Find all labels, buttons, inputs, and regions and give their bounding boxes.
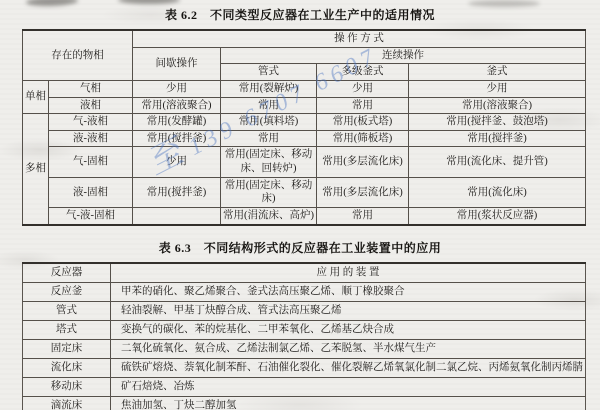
table-6-2-title: 表 6.2 不同类型反应器在工业生产中的适用情况 [0,6,600,23]
table-6-3-header: 反应器 应 用 的 装 置 [23,263,586,283]
table-row: 液相常用(溶液聚合)常用常用常用(溶液聚合) [23,97,586,114]
table-cell: 液-固相 [49,177,133,207]
col-header-batch: 间歇操作 [133,47,221,80]
table-cell: 常用(多层流化床) [317,177,409,207]
table-cell: 移动床 [23,377,111,396]
table-row: 气-液-固相常用(涓流床、高炉)常用常用(浆状反应器) [23,208,586,225]
table-cell: 轻油裂解、甲基丁炔醇合成、管式法高压聚乙烯 [111,301,586,320]
table-cell: 常用(搅拌釜、鼓泡塔) [409,114,586,131]
table-row: 多相气-液相常用(发酵罐)常用(填料塔)常用(板式塔)常用(搅拌釜、鼓泡塔) [23,114,586,131]
table-cell: 气-液-固相 [49,208,133,225]
table-cell: 焦油加氢、丁炔二醇加氢 [111,396,586,410]
table-row: 气-固相少用常用(固定床、移动床、回转炉)常用(多层流化床)常用(流化床、提升管… [23,147,586,177]
table-cell: 常用(裂解炉) [221,80,317,97]
table-cell: 二氧化硫氧化、氨合成、乙烯法制氯乙烯、乙苯脱氢、半水煤气生产 [111,339,586,358]
table-cell: 少用 [317,80,409,97]
table-6-2: 存在的物相 操 作 方 式 间歇操作 连续操作 管式 多级釜式 釜式 单相气相少… [22,29,586,226]
table-cell: 少用 [133,147,221,177]
table-row: 滴流床焦油加氢、丁炔二醇加氢 [23,396,586,410]
table-cell [133,208,221,225]
table-cell: 变换气的碳化、苯的烷基化、二甲苯氧化、乙烯基乙炔合成 [111,320,586,339]
table-row: 液-液相常用(搅拌釜)常用常用(筛板塔)常用(搅拌釜) [23,130,586,147]
table-cell: 液相 [49,97,133,114]
table-cell: 常用(流化床) [409,177,586,207]
table-cell: 塔式 [23,320,111,339]
table-cell: 流化床 [23,358,111,377]
col-header-operation: 操 作 方 式 [133,30,586,47]
table-row: 单相气相少用常用(裂解炉)少用少用 [23,80,586,97]
table-cell: 硫铁矿熔烧、萘氧化制苯酐、石油催化裂化、催化裂解乙烯氧氯化制二氯乙烷、丙烯氨氧化… [111,358,586,377]
table-cell: 常用(板式塔) [317,114,409,131]
table-cell: 反应釜 [23,282,111,301]
table-cell: 常用(固定床、移动床) [221,177,317,207]
table-6-2-header: 存在的物相 操 作 方 式 间歇操作 连续操作 管式 多级釜式 釜式 [23,30,586,80]
col-header-apps: 应 用 的 装 置 [111,263,586,283]
table-cell: 气-液相 [49,114,133,131]
table-row: 反应釜甲苯的硝化、聚乙烯聚合、釜式法高压聚乙烯、顺丁橡胶聚合 [23,282,586,301]
col-header-tube: 管式 [221,64,317,81]
table-cell: 常用 [317,208,409,225]
table-cell: 常用(填料塔) [221,114,317,131]
table-row: 流化床硫铁矿熔烧、萘氧化制苯酐、石油催化裂化、催化裂解乙烯氧氯化制二氯乙烷、丙烯… [23,358,586,377]
table-cell: 常用(流化床、提升管) [409,147,586,177]
table-cell: 固定床 [23,339,111,358]
table-cell: 单相 [23,80,49,113]
table-cell: 常用 [221,130,317,147]
table-row: 管式轻油裂解、甲基丁炔醇合成、管式法高压聚乙烯 [23,301,586,320]
table-cell: 常用(多层流化床) [317,147,409,177]
table-cell: 常用(溶液聚合) [409,97,586,114]
table-cell: 矿石焙烧、冶炼 [111,377,586,396]
table-cell: 常用(搅拌釜) [409,130,586,147]
table-cell: 常用(固定床、移动床、回转炉) [221,147,317,177]
table-6-3-title: 表 6.3 不同结构形式的反应器在工业装置中的应用 [0,239,600,256]
table-cell: 常用(涓流床、高炉) [221,208,317,225]
table-cell: 常用(搅拌釜) [133,130,221,147]
table-row: 固定床二氧化硫氧化、氨合成、乙烯法制氯乙烯、乙苯脱氢、半水煤气生产 [23,339,586,358]
table-cell: 气-固相 [49,147,133,177]
table-6-2-body: 单相气相少用常用(裂解炉)少用少用液相常用(溶液聚合)常用常用常用(溶液聚合)多… [23,80,586,224]
table-6-3: 反应器 应 用 的 装 置 反应釜甲苯的硝化、聚乙烯聚合、釜式法高压聚乙烯、顺丁… [22,262,586,410]
table-cell: 常用(浆状反应器) [409,208,586,225]
table-cell: 甲苯的硝化、聚乙烯聚合、釜式法高压聚乙烯、顺丁橡胶聚合 [111,282,586,301]
table-cell: 多相 [23,114,49,225]
table-cell: 常用 [221,97,317,114]
table-cell: 管式 [23,301,111,320]
table-cell: 常用(溶液聚合) [133,97,221,114]
table-row: 液-固相常用(搅拌釜)常用(固定床、移动床)常用(多层流化床)常用(流化床) [23,177,586,207]
col-header-multi-kettle: 多级釜式 [317,64,409,81]
col-header-reactor: 反应器 [23,263,111,283]
col-header-kettle: 釜式 [409,64,586,81]
table-6-3-body: 反应釜甲苯的硝化、聚乙烯聚合、釜式法高压聚乙烯、顺丁橡胶聚合管式轻油裂解、甲基丁… [23,282,586,410]
table-cell: 少用 [133,80,221,97]
table-cell: 液-液相 [49,130,133,147]
table-cell: 常用(筛板塔) [317,130,409,147]
col-header-phase: 存在的物相 [23,30,133,80]
table-cell: 滴流床 [23,396,111,410]
table-cell: 常用(发酵罐) [133,114,221,131]
scanned-page: 表 6.2 不同类型反应器在工业生产中的适用情况 存在的物相 操 作 方 式 间… [0,0,600,410]
table-row: 移动床矿石焙烧、冶炼 [23,377,586,396]
table-cell: 常用 [317,97,409,114]
table-row: 塔式变换气的碳化、苯的烷基化、二甲苯氧化、乙烯基乙炔合成 [23,320,586,339]
table-cell: 少用 [409,80,586,97]
col-header-continuous: 连续操作 [221,47,586,64]
table-cell: 气相 [49,80,133,97]
table-cell: 常用(搅拌釜) [133,177,221,207]
